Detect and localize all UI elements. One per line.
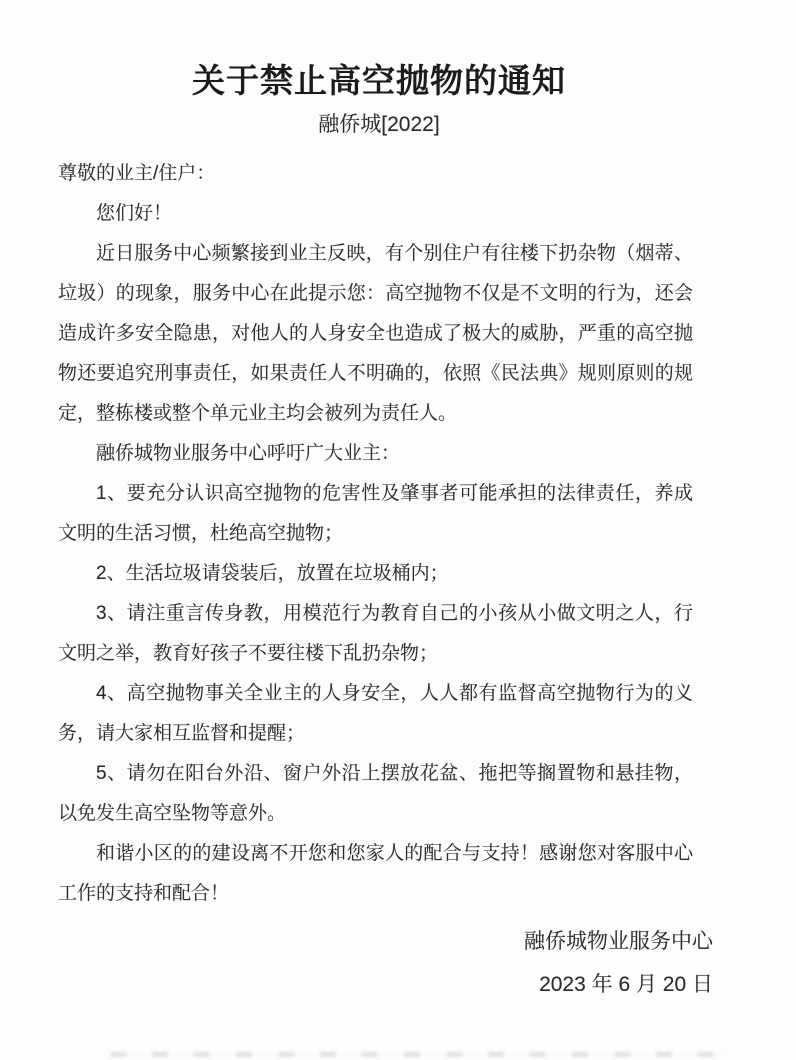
scan-artifact <box>110 1052 726 1057</box>
body-line: 文明之举，教育好孩子不要往楼下乱扔杂物； <box>58 634 693 674</box>
signature-block: 融侨城物业服务中心 2023 年 6 月 20 日 <box>0 920 796 1006</box>
body-line: 融侨城物业服务中心呼吁广大业主： <box>58 434 693 474</box>
body-line: 以免发生高空坠物等意外。 <box>58 794 693 834</box>
doc-number: 融侨城[2022] <box>0 111 796 138</box>
body-line: 4、高空抛物事关全业主的人身安全，人人都有监督高空抛物行为的义 <box>58 674 693 714</box>
body-line: 文明的生活习惯，杜绝高空抛物； <box>58 514 693 554</box>
signature-date: 2023 年 6 月 20 日 <box>0 963 713 1006</box>
body-line: 和谐小区的的建设离不开您和您家人的配合与支持！感谢您对客服中心 <box>58 834 693 874</box>
body-line: 工作的支持和配合！ <box>58 874 693 914</box>
body-line: 物还要追究刑事责任，如果责任人不明确的，依照《民法典》规则原则的规 <box>58 354 693 394</box>
body-line: 近日服务中心频繁接到业主反映，有个别住户有往楼下扔杂物（烟蒂、 <box>58 234 693 274</box>
notice-body: 尊敬的业主/住户：您们好！近日服务中心频繁接到业主反映，有个别住户有往楼下扔杂物… <box>58 154 693 914</box>
body-line: 务，请大家相互监督和提醒； <box>58 714 693 754</box>
body-line: 造成许多安全隐患，对他人的人身安全也造成了极大的威胁，严重的高空抛 <box>58 314 693 354</box>
body-line: 您们好！ <box>58 194 693 234</box>
body-line: 5、请勿在阳台外沿、窗户外沿上摆放花盆、拖把等搁置物和悬挂物， <box>58 754 693 794</box>
notice-page: 关于禁止高空抛物的通知 融侨城[2022] 尊敬的业主/住户：您们好！近日服务中… <box>0 0 796 1060</box>
body-line: 定，整栋楼或整个单元业主均会被列为责任人。 <box>58 394 693 434</box>
body-line: 1、要充分认识高空抛物的危害性及肇事者可能承担的法律责任，养成 <box>58 474 693 514</box>
body-line: 尊敬的业主/住户： <box>58 154 693 194</box>
body-line: 3、请注重言传身教，用模范行为教育自己的小孩从小做文明之人，行 <box>58 594 693 634</box>
notice-title: 关于禁止高空抛物的通知 <box>0 0 796 102</box>
signature-org: 融侨城物业服务中心 <box>0 920 713 963</box>
body-line: 垃圾）的现象，服务中心在此提示您：高空抛物不仅是不文明的行为，还会 <box>58 274 693 314</box>
body-line: 2、生活垃圾请袋装后，放置在垃圾桶内； <box>58 554 693 594</box>
